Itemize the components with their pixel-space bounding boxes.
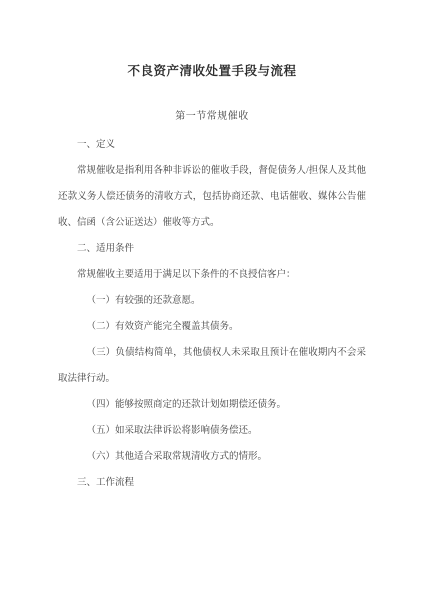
heading-workflow: 三、工作流程: [58, 470, 366, 496]
page-title: 不良资产清收处置手段与流程: [58, 62, 366, 80]
heading-definition: 一、定义: [58, 132, 366, 158]
document-body: 一、定义 常规催收是指利用各种非诉讼的催收手段，督促债务人/担保人及其他还款义务…: [58, 132, 366, 496]
condition-item-4: （四）能够按照商定的还款计划如期偿还债务。: [58, 392, 366, 418]
condition-item-3: （三）负债结构简单，其他债权人未采取且预计在催收期内不会采取法律行动。: [58, 340, 366, 392]
condition-item-6: （六）其他适合采取常规清收方式的情形。: [58, 444, 366, 470]
section-heading: 第一节常规催收: [58, 108, 366, 126]
paragraph-conditions-intro: 常规催收主要适用于满足以下条件的不良授信客户：: [58, 262, 366, 288]
document-page: 不良资产清收处置手段与流程 第一节常规催收 一、定义 常规催收是指利用各种非诉讼…: [0, 0, 423, 600]
condition-item-5: （五）如采取法律诉讼将影响债务偿还。: [58, 418, 366, 444]
condition-item-2: （二）有效资产能完全覆盖其债务。: [58, 314, 366, 340]
condition-item-1: （一）有较强的还款意愿。: [58, 288, 366, 314]
heading-conditions: 二、适用条件: [58, 236, 366, 262]
paragraph-definition: 常规催收是指利用各种非诉讼的催收手段，督促债务人/担保人及其他还款义务人偿还债务…: [58, 158, 366, 236]
